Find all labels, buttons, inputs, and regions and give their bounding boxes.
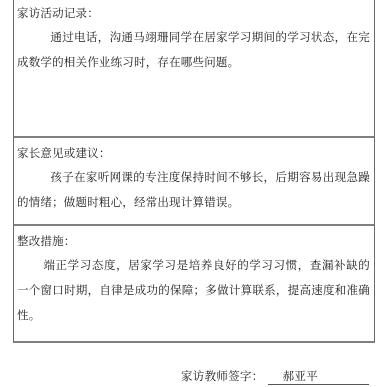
home-visit-record-table: 家访活动记录： 通过电话，沟通马翊珊同学在居家学习期间的学习状态，在完成数学的相… (13, 0, 375, 343)
section-body: 通过电话，沟通马翊珊同学在居家学习期间的学习状态，在完成数学的相关作业练习时，存… (17, 25, 374, 75)
section-title: 家长意见或建议： (17, 141, 374, 165)
corrective-measures-section: 整改措施： 端正学习态度，居家学习是培养良好的学习习惯，查漏补缺的一个窗口时期，… (14, 224, 374, 341)
section-title: 家访活动记录： (17, 1, 374, 25)
visit-activity-record-section: 家访活动记录： 通过电话，沟通马翊珊同学在居家学习期间的学习状态，在完成数学的相… (14, 0, 374, 136)
section-body: 端正学习态度，居家学习是培养良好的学习习惯，查漏补缺的一个窗口时期，自律是成功的… (17, 253, 374, 328)
signature-value: 郝亚平 (268, 369, 369, 385)
teacher-signature: 家访教师签字：郝亚平 (181, 368, 369, 385)
signature-label: 家访教师签字： (181, 369, 264, 383)
section-title: 整改措施： (17, 229, 374, 253)
section-body: 孩子在家听网课的专注度保持时间不够长，后期容易出现急躁的情绪；做题时粗心，经常出… (17, 165, 374, 215)
parent-opinion-section: 家长意见或建议： 孩子在家听网课的专注度保持时间不够长，后期容易出现急躁的情绪；… (14, 136, 374, 224)
